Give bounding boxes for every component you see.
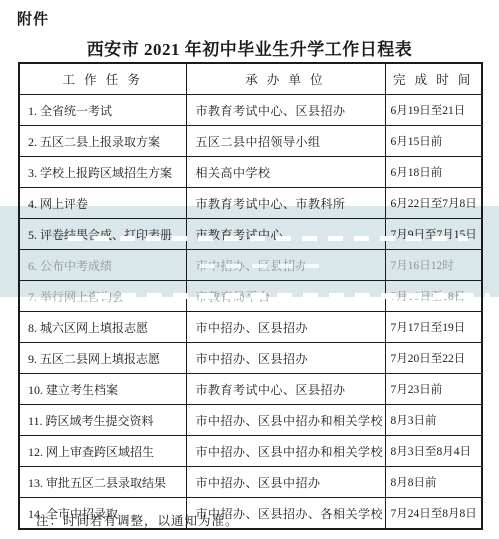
task-cell: 4. 网上评卷 [19, 188, 186, 219]
column-header-time: 完 成 时 间 [385, 63, 482, 95]
unit-cell: 五区二县中招领导小组 [186, 126, 385, 157]
watermark-erasure-dash [95, 293, 490, 299]
unit-cell: 市教育考试中心、市教科所 [186, 188, 385, 219]
watermark-erasure-dash [200, 264, 320, 268]
time-cell: 7月23日前 [385, 374, 482, 405]
time-cell: 7月17日至19日 [385, 312, 482, 343]
task-cell: 10. 建立考生档案 [19, 374, 186, 405]
column-header-unit: 承 办 单 位 [186, 63, 385, 95]
unit-cell: 市中招办、区县招办 [186, 312, 385, 343]
table-row: 2. 五区二县上报录取方案 五区二县中招领导小组 6月15日前 [19, 126, 482, 157]
column-header-task: 工 作 任 务 [19, 63, 186, 95]
time-cell: 8月8日前 [385, 467, 482, 498]
task-cell: 3. 学校上报跨区域招生方案 [19, 157, 186, 188]
unit-cell: 市中招办、区县中招办 [186, 467, 385, 498]
table-row: 9. 五区二县网上填报志愿 市中招办、区县招办 7月20日至22日 [19, 343, 482, 374]
unit-cell: 市教育考试中心、区县招办 [186, 374, 385, 405]
unit-cell: 市教育考试中心、区县招办 [186, 95, 385, 126]
task-cell: 5. 评卷结果合成、打印表册 [19, 219, 186, 250]
time-cell: 6月18日前 [385, 157, 482, 188]
unit-cell: 市教育考试中心 [186, 219, 385, 250]
table-row: 11. 跨区域考生提交资料 市中招办、区县中招办和相关学校 8月3日前 [19, 405, 482, 436]
table-row: 5. 评卷结果合成、打印表册 市教育考试中心 7月9日至7月15日 [19, 219, 482, 250]
task-cell: 9. 五区二县网上填报志愿 [19, 343, 186, 374]
time-cell: 7月24日至8月8日 [385, 498, 482, 530]
table-row: 10. 建立考生档案 市教育考试中心、区县招办 7月23日前 [19, 374, 482, 405]
attachment-label: 附件 [17, 8, 49, 29]
table-row: 4. 网上评卷 市教育考试中心、市教科所 6月22日至7月8日 [19, 188, 482, 219]
table-row: 1. 全省统一考试 市教育考试中心、区县招办 6月19日至21日 [19, 95, 482, 126]
task-cell: 2. 五区二县上报录取方案 [19, 126, 186, 157]
watermark-erasure-dash [68, 236, 468, 241]
time-cell: 8月3日至8月4日 [385, 436, 482, 467]
table-row: 12. 网上审查跨区域招生 市中招办、区县中招办和相关学校 8月3日至8月4日 [19, 436, 482, 467]
task-cell: 11. 跨区域考生提交资料 [19, 405, 186, 436]
unit-cell: 市中招办、区县中招办和相关学校 [186, 436, 385, 467]
table-row: 3. 学校上报跨区域招生方案 相关高中学校 6月18日前 [19, 157, 482, 188]
time-cell: 8月3日前 [385, 405, 482, 436]
table-row: 13. 审批五区二县录取结果 市中招办、区县中招办 8月8日前 [19, 467, 482, 498]
time-cell: 7月20日至22日 [385, 343, 482, 374]
task-cell: 6. 公布中考成绩 [19, 250, 186, 281]
task-cell: 13. 审批五区二县录取结果 [19, 467, 186, 498]
time-cell: 6月22日至7月8日 [385, 188, 482, 219]
task-cell: 8. 城六区网上填报志愿 [19, 312, 186, 343]
time-cell: 7月16日12时 [385, 250, 482, 281]
time-cell: 6月15日前 [385, 126, 482, 157]
footnote: 注：时间若有调整，以通知为准。 [36, 511, 239, 529]
task-cell: 1. 全省统一考试 [19, 95, 186, 126]
page-title: 西安市 2021 年初中毕业生升学工作日程表 [0, 35, 499, 60]
time-cell: 7月9日至7月15日 [385, 219, 482, 250]
header-row: 工 作 任 务 承 办 单 位 完 成 时 间 [19, 63, 482, 95]
unit-cell: 相关高中学校 [186, 157, 385, 188]
unit-cell: 市中招办、区县中招办和相关学校 [186, 405, 385, 436]
table-row: 8. 城六区网上填报志愿 市中招办、区县招办 7月17日至19日 [19, 312, 482, 343]
time-cell: 6月19日至21日 [385, 95, 482, 126]
unit-cell: 市中招办、区县招办 [186, 343, 385, 374]
task-cell: 12. 网上审查跨区域招生 [19, 436, 186, 467]
